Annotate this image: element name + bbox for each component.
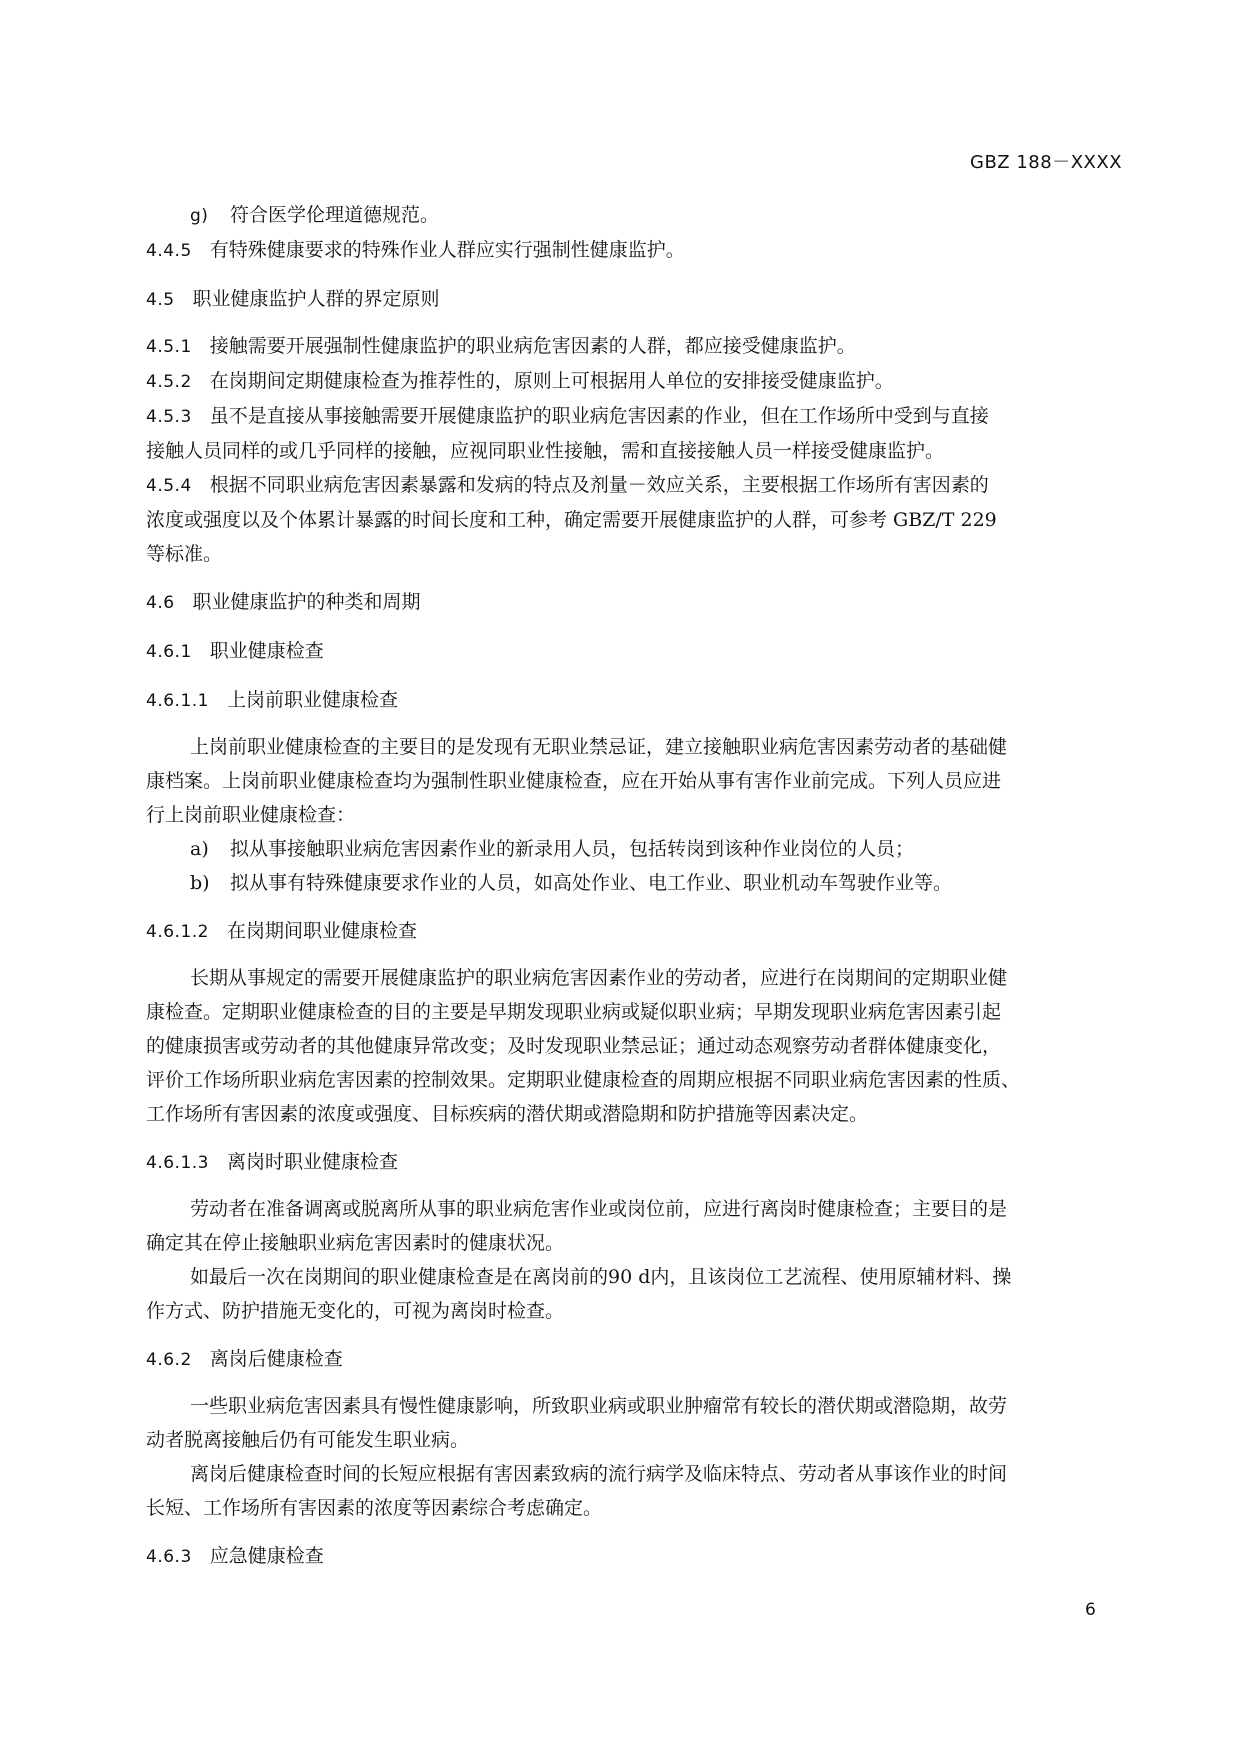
- clause-4-4-5: 4.4.5有特殊健康要求的特殊作业人群应实行强制性健康监护。: [146, 233, 1136, 268]
- paragraph-line: 如最后一次在岗期间的职业健康检查是在离岗前的90 d内，且该岗位工艺流程、使用原…: [146, 1260, 1136, 1294]
- section-title: 职业健康监护的种类和周期: [193, 591, 421, 613]
- clause-text-continued: 浓度或强度以及个体累计暴露的时间长度和工种，确定需要开展健康监护的人群，可参考 …: [146, 503, 1136, 537]
- paragraph-line: 的健康损害或劳动者的其他健康异常改变；及时发现职业禁忌证；通过动态观察劳动者群体…: [146, 1029, 1136, 1063]
- paragraph-line: 一些职业病危害因素具有慢性健康影响，所致职业病或职业肿瘤常有较长的潜伏期或潜隐期…: [146, 1389, 1136, 1423]
- page-number: 6: [1085, 1600, 1096, 1620]
- clause-text: 接触需要开展强制性健康监护的职业病危害因素的人群，都应接受健康监护。: [210, 335, 856, 357]
- paragraph-post-departure-a: 一些职业病危害因素具有慢性健康影响，所致职业病或职业肿瘤常有较长的潜伏期或潜隐期…: [146, 1389, 1136, 1457]
- section-title: 上岗前职业健康检查: [227, 689, 398, 711]
- paragraph-line: 作方式、防护措施无变化的，可视为离岗时检查。: [146, 1294, 1136, 1328]
- clause-text-continued: 等标准。: [146, 537, 1136, 571]
- clause-text-continued: 接触人员同样的或几乎同样的接触，应视同职业性接触，需和直接接触人员一样接受健康监…: [146, 434, 1136, 468]
- section-heading-4-6-1: 4.6.1职业健康检查: [146, 634, 1136, 669]
- section-number: 4.6.1.2: [146, 922, 209, 942]
- clause-4-5-3: 4.5.3虽不是直接从事接触需要开展健康监护的职业病危害因素的作业，但在工作场所…: [146, 399, 1136, 434]
- clause-number: 4.5.2: [146, 372, 192, 392]
- paragraph-departure-b: 如最后一次在岗期间的职业健康检查是在离岗前的90 d内，且该岗位工艺流程、使用原…: [146, 1260, 1136, 1328]
- list-item-text: 符合医学伦理道德规范。: [230, 204, 439, 226]
- section-title: 离岗后健康检查: [210, 1348, 343, 1370]
- clause-text: 在岗期间定期健康检查为推荐性的，原则上可根据用人单位的安排接受健康监护。: [210, 370, 894, 392]
- section-number: 4.6.2: [146, 1350, 192, 1370]
- list-item-text: 拟从事接触职业病危害因素作业的新录用人员，包括转岗到该种作业岗位的人员；: [230, 838, 914, 860]
- section-title: 应急健康检查: [210, 1545, 324, 1567]
- paragraph-line: 劳动者在准备调离或脱离所从事的职业病危害作业或岗位前，应进行离岗时健康检查；主要…: [146, 1192, 1136, 1226]
- clause-number: 4.5.1: [146, 337, 192, 357]
- clause-text: 根据不同职业病危害因素暴露和发病的特点及剂量－效应关系，主要根据工作场所有害因素…: [210, 474, 989, 496]
- clause-text: 有特殊健康要求的特殊作业人群应实行强制性健康监护。: [210, 239, 685, 261]
- paragraph-line: 康档案。上岗前职业健康检查均为强制性职业健康检查，应在开始从事有害作业前完成。下…: [146, 764, 1136, 798]
- section-title: 在岗期间职业健康检查: [227, 920, 417, 942]
- section-heading-4-6-2: 4.6.2离岗后健康检查: [146, 1342, 1136, 1377]
- section-number: 4.5: [146, 290, 175, 310]
- clause-number: 4.5.4: [146, 476, 192, 496]
- section-number: 4.6.1: [146, 642, 192, 662]
- list-item-g: g)符合医学伦理道德规范。: [146, 198, 1136, 233]
- list-item-a: a)拟从事接触职业病危害因素作业的新录用人员，包括转岗到该种作业岗位的人员；: [146, 832, 1136, 866]
- section-heading-4-6-1-3: 4.6.1.3离岗时职业健康检查: [146, 1145, 1136, 1180]
- section-number: 4.6: [146, 593, 175, 613]
- paragraph-line: 评价工作场所职业病危害因素的控制效果。定期职业健康检查的周期应根据不同职业病危害…: [146, 1063, 1136, 1097]
- section-title: 职业健康监护人群的界定原则: [193, 288, 440, 310]
- paragraph-line: 动者脱离接触后仍有可能发生职业病。: [146, 1423, 1136, 1457]
- section-heading-4-6-1-2: 4.6.1.2在岗期间职业健康检查: [146, 914, 1136, 949]
- list-marker: b): [190, 866, 230, 900]
- clause-number: 4.5.3: [146, 407, 192, 427]
- list-marker: g): [190, 199, 230, 233]
- list-item-text: 拟从事有特殊健康要求作业的人员，如高处作业、电工作业、职业机动车驾驶作业等。: [230, 872, 952, 894]
- section-title: 职业健康检查: [210, 640, 324, 662]
- clause-number: 4.4.5: [146, 241, 192, 261]
- paragraph-line: 康检查。定期职业健康检查的目的主要是早期发现职业病或疑似职业病；早期发现职业病危…: [146, 995, 1136, 1029]
- paragraph-departure-a: 劳动者在准备调离或脱离所从事的职业病危害作业或岗位前，应进行离岗时健康检查；主要…: [146, 1192, 1136, 1260]
- paragraph-pre-employment: 上岗前职业健康检查的主要目的是发现有无职业禁忌证，建立接触职业病危害因素劳动者的…: [146, 730, 1136, 832]
- clause-4-5-2: 4.5.2在岗期间定期健康检查为推荐性的，原则上可根据用人单位的安排接受健康监护…: [146, 364, 1136, 399]
- paragraph-line: 长短、工作场所有害因素的浓度等因素综合考虑确定。: [146, 1491, 1136, 1525]
- paragraph-line: 工作场所有害因素的浓度或强度、目标疾病的潜伏期或潜隐期和防护措施等因素决定。: [146, 1097, 1136, 1131]
- section-heading-4-6-3: 4.6.3应急健康检查: [146, 1539, 1136, 1574]
- section-number: 4.6.3: [146, 1547, 192, 1567]
- clause-4-5-1: 4.5.1接触需要开展强制性健康监护的职业病危害因素的人群，都应接受健康监护。: [146, 329, 1136, 364]
- paragraph-line: 上岗前职业健康检查的主要目的是发现有无职业禁忌证，建立接触职业病危害因素劳动者的…: [146, 730, 1136, 764]
- list-marker: a): [190, 832, 230, 866]
- paragraph-line: 确定其在停止接触职业病危害因素时的健康状况。: [146, 1226, 1136, 1260]
- section-heading-4-5: 4.5职业健康监护人群的界定原则: [146, 282, 1136, 317]
- section-number: 4.6.1.3: [146, 1153, 209, 1173]
- paragraph-post-departure-b: 离岗后健康检查时间的长短应根据有害因素致病的流行病学及临床特点、劳动者从事该作业…: [146, 1457, 1136, 1525]
- paragraph-line: 离岗后健康检查时间的长短应根据有害因素致病的流行病学及临床特点、劳动者从事该作业…: [146, 1457, 1136, 1491]
- section-heading-4-6-1-1: 4.6.1.1上岗前职业健康检查: [146, 683, 1136, 718]
- paragraph-line: 长期从事规定的需要开展健康监护的职业病危害因素作业的劳动者，应进行在岗期间的定期…: [146, 961, 1136, 995]
- section-heading-4-6: 4.6职业健康监护的种类和周期: [146, 585, 1136, 620]
- document-header-id: GBZ 188－XXXX: [970, 148, 1122, 174]
- clause-4-5-4: 4.5.4根据不同职业病危害因素暴露和发病的特点及剂量－效应关系，主要根据工作场…: [146, 468, 1136, 503]
- section-title: 离岗时职业健康检查: [227, 1151, 398, 1173]
- paragraph-on-duty: 长期从事规定的需要开展健康监护的职业病危害因素作业的劳动者，应进行在岗期间的定期…: [146, 961, 1136, 1131]
- page-content: g)符合医学伦理道德规范。 4.4.5有特殊健康要求的特殊作业人群应实行强制性健…: [146, 198, 1136, 1586]
- paragraph-line: 行上岗前职业健康检查：: [146, 798, 1136, 832]
- section-number: 4.6.1.1: [146, 691, 209, 711]
- clause-text: 虽不是直接从事接触需要开展健康监护的职业病危害因素的作业，但在工作场所中受到与直…: [210, 405, 989, 427]
- list-item-b: b)拟从事有特殊健康要求作业的人员，如高处作业、电工作业、职业机动车驾驶作业等。: [146, 866, 1136, 900]
